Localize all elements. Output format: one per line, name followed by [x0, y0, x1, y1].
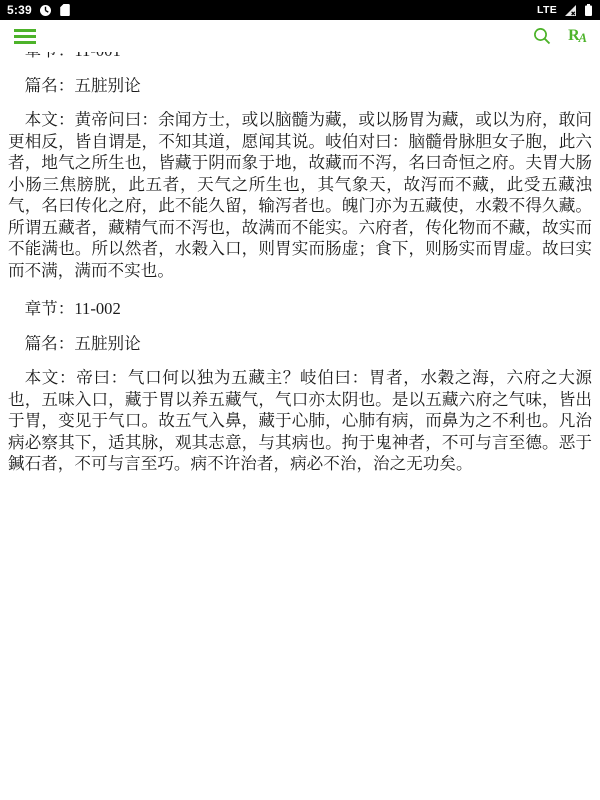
chapter-title-value: 五脏别论: [74, 334, 140, 353]
chapter-number-value: 11-001: [74, 52, 120, 60]
app-toolbar: R A: [0, 20, 600, 52]
body-text: 本文：帝曰：气口何以独为五藏主？岐伯曰：胃者，水穀之海，六府之大源也，五味入口，…: [8, 367, 592, 475]
body-label: 本文：: [25, 110, 75, 129]
chapter-number-line: 章节：11-002: [8, 298, 592, 320]
search-button[interactable]: [530, 24, 554, 48]
search-icon: [532, 26, 552, 46]
text-entry-1: 章节：11-001 篇名：五脏别论 本文：黄帝问曰：余闻方士，或以脑髓为藏，或以…: [8, 52, 592, 281]
chapter-title-line: 篇名：五脏别论: [8, 75, 592, 97]
status-bar-right: LTE: [537, 3, 593, 17]
chapter-title-line: 篇名：五脏别论: [8, 333, 592, 355]
body-text: 本文：黄帝问曰：余闻方士，或以脑髓为藏，或以肠胃为藏，或以为府，敢问更相反，皆自…: [8, 109, 592, 281]
title-label: 篇名：: [25, 334, 75, 353]
font-settings-button[interactable]: R A: [568, 27, 588, 45]
chapter-number-value: 11-002: [74, 299, 120, 318]
reading-area[interactable]: 章节：11-001 篇名：五脏别论 本文：黄帝问曰：余闻方士，或以脑髓为藏，或以…: [0, 52, 600, 800]
title-label: 篇名：: [25, 76, 75, 95]
menu-button[interactable]: [12, 26, 38, 46]
status-bar-left: 5:39: [7, 3, 71, 17]
text-entry-2: 章节：11-002 篇名：五脏别论 本文：帝曰：气口何以独为五藏主？岐伯曰：胃者…: [8, 298, 592, 475]
chapter-number-line: 章节：11-001: [8, 52, 592, 62]
body-text-value: 帝曰：气口何以独为五藏主？岐伯曰：胃者，水穀之海，六府之大源也，五味入口，藏于胃…: [8, 368, 592, 473]
chapter-label: 章节：: [25, 299, 75, 318]
app-screen: 5:39 LTE: [0, 0, 600, 800]
hamburger-icon: [14, 29, 36, 32]
chapter-title-value: 五脏别论: [74, 76, 140, 95]
body-text-value: 黄帝问曰：余闻方士，或以脑髓为藏，或以肠胃为藏，或以为府，敢问更相反，皆自谓是，…: [8, 110, 592, 280]
body-label: 本文：: [25, 368, 77, 387]
signal-strength-icon: [564, 4, 577, 17]
chapter-label: 章节：: [25, 52, 75, 60]
battery-icon: [584, 3, 593, 17]
alarm-icon: [39, 4, 52, 17]
network-type-label: LTE: [537, 4, 557, 16]
status-bar: 5:39 LTE: [0, 0, 600, 20]
notification-icon: [59, 3, 71, 17]
clock-time: 5:39: [7, 3, 32, 17]
